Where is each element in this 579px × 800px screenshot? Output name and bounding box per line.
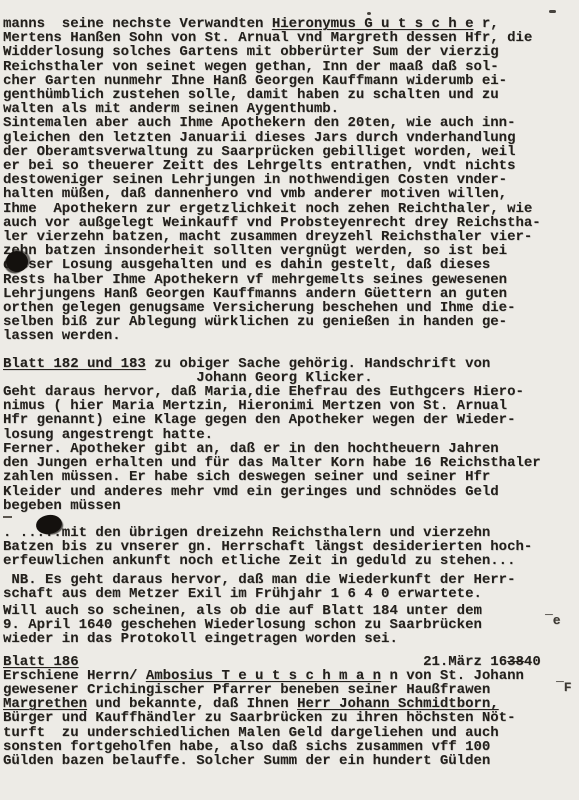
- text-line: destoweniger seinen Lehrjungen in nothwe…: [3, 173, 579, 187]
- text-line: Batzen bis zu vnserer gn. Herrschaft län…: [3, 540, 579, 554]
- paragraph-blatt-186: Blatt 186 21.März 163840Erschiene Herrn/…: [3, 655, 579, 769]
- text-line: Hfr genannt) eine Klage gegen den Apothe…: [3, 413, 579, 427]
- text-line: ler vierzehn batzen, macht zusammen drey…: [3, 230, 579, 244]
- text-line: Geht daraus hervor, daß Maria,die Ehefra…: [3, 385, 579, 399]
- text-line: der Oberamtsverwaltung zu Saarprücken ge…: [3, 145, 579, 159]
- text-line: erfeuwlichen ankunft noch etliche Zeit i…: [3, 554, 579, 568]
- text-line: gewesener Crichingischer Pfarrer beneben…: [3, 683, 579, 697]
- text-segment: lassen werden.: [3, 328, 121, 344]
- text-segment: schaft aus dem Metzer Exil im Frühjahr 1…: [3, 586, 482, 602]
- text-line: halten müßen, daß dannenhero vnd vmb and…: [3, 187, 579, 201]
- text-line: manns seine nechste Verwandten Hieronymu…: [3, 17, 579, 31]
- text-line: walten als mit anderm seinen Aygenthumb.: [3, 102, 579, 116]
- paragraph-blatt-182-183: Blatt 182 und 183 zu obiger Sache gehöri…: [3, 357, 579, 513]
- text-line: lassen werden.: [3, 329, 579, 343]
- text-line: auch vor außgelegt Weinkauff vnd Probste…: [3, 216, 579, 230]
- text-line: zahlen müssen. Er habe sich deswegen sei…: [3, 470, 579, 484]
- paper-speck: [367, 12, 371, 15]
- text-line: losung angestrengt hatte.: [3, 428, 579, 442]
- text-line: gleichen den letzten Januarii dieses Jar…: [3, 131, 579, 145]
- text-line: cher Garten nunmehr Ihne Hanß Georgen Ka…: [3, 74, 579, 88]
- paper-speck: [549, 10, 556, 13]
- text-line: Kleider und anderes mehr vmd ein geringe…: [3, 485, 579, 499]
- typewritten-text: manns seine nechste Verwandten Hieronymu…: [3, 17, 579, 768]
- text-line: Mertens Hanßen Sohn von St. Arnual vnd M…: [3, 31, 579, 45]
- text-line: Blatt 182 und 183 zu obiger Sache gehöri…: [3, 357, 579, 371]
- text-line: Erschiene Herrn/ Ambosius T e u t s c h …: [3, 669, 579, 683]
- text-line: NB. Es geht daraus hervor, daß man die W…: [3, 573, 579, 587]
- text-line: begeben müssen: [3, 499, 579, 513]
- text-line: orthen gelegen genugsame Versicherung be…: [3, 301, 579, 315]
- text-line: selben biß zur Ablegung würklichen zu ge…: [3, 315, 579, 329]
- margin-mark: ¯e: [545, 614, 561, 628]
- text-line: dieser Losung ausgehalten und es dahin g…: [3, 258, 579, 272]
- text-line: zehn batzen insonderheit sollten vergnüg…: [3, 244, 579, 258]
- text-segment: erfeuwlichen ankunft noch etliche Zeit i…: [3, 553, 515, 569]
- text-line: 9. April 1640 geschehen Wiederlosung sch…: [3, 618, 579, 632]
- text-line: genthümblich zustehen solle, damit haben…: [3, 88, 579, 102]
- text-line: er bei so theuerer Zeitt des Lehrgelts e…: [3, 159, 579, 173]
- margin-mark: ¯F: [556, 681, 572, 695]
- text-line: schaft aus dem Metzer Exil im Frühjahr 1…: [3, 587, 579, 601]
- text-line: nimus ( hier Maria Mertzin, Hieronimi Me…: [3, 399, 579, 413]
- paragraph-will-auch: Will auch so scheinen, als ob die auf Bl…: [3, 604, 579, 647]
- text-line: Sintemalen aber auch Ihme Apothekern den…: [3, 116, 579, 130]
- text-line: Lehrjungens Hanß Georgen Kauffmanns ande…: [3, 287, 579, 301]
- paragraph-widderlosung: manns seine nechste Verwandten Hieronymu…: [3, 17, 579, 344]
- text-line: Widderlosung solches Gartens mit obberür…: [3, 45, 579, 59]
- text-line: den Jungen erhalten und für das Malter K…: [3, 456, 579, 470]
- text-segment: 40: [524, 654, 541, 670]
- text-line: Johann Georg Klicker.: [3, 371, 579, 385]
- paper-mark: [3, 516, 12, 518]
- text-line: sonsten fortgeholfen habe, also daß sich…: [3, 740, 579, 754]
- text-line: Ihme Apothekern zur ergetzlichkeit noch …: [3, 202, 579, 216]
- text-line: Margrethen und bekannte, daß Ihnen Herr …: [3, 697, 579, 711]
- text-line: turft zu underschiedlichen Malen Geld da…: [3, 726, 579, 740]
- paragraph-nb: NB. Es geht daraus hervor, daß man die W…: [3, 573, 579, 601]
- text-segment: Gülden bazen belauffe. Solcher Summ der …: [3, 753, 490, 769]
- text-line: Reichsthaler von seinet wegen gethan, In…: [3, 60, 579, 74]
- text-line: Blatt 186 21.März 163840: [3, 655, 579, 669]
- text-line: Ferner. Apotheker gibt an, daß er in den…: [3, 442, 579, 456]
- text-line: . .....mit den übrigen dreizehn Reichsth…: [3, 526, 579, 540]
- text-line: Rests halber Ihme Apothekern vf mehrgeme…: [3, 273, 579, 287]
- text-line: Bürger und Kauffhändler zu Saarbrücken z…: [3, 711, 579, 725]
- text-line: Gülden bazen belauffe. Solcher Summ der …: [3, 754, 579, 768]
- paragraph-quote: . .....mit den übrigen dreizehn Reichsth…: [3, 526, 579, 569]
- text-segment: begeben müssen: [3, 498, 121, 514]
- text-line: Will auch so scheinen, als ob die auf Bl…: [3, 604, 579, 618]
- document-page: manns seine nechste Verwandten Hieronymu…: [0, 0, 579, 800]
- text-line: wieder in das Protokoll eingetragen word…: [3, 632, 579, 646]
- text-segment: wieder in das Protokoll eingetragen word…: [3, 631, 398, 647]
